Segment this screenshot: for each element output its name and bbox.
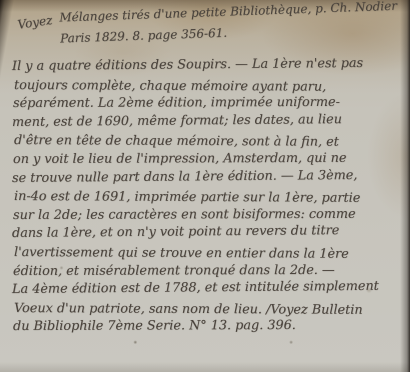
handwritten-line: ment, est de 1690, même format; les date… <box>12 110 404 132</box>
heading-voyez-label: Voyez <box>16 10 54 36</box>
handwritten-line: du Bibliophile 7ème Serie. N° 13. pag. 3… <box>13 317 404 337</box>
handwritten-line: La 4ème édition est de 1788, et est inti… <box>12 278 404 300</box>
heading-citation: Mélanges tirés d'une petite Bibliothèque… <box>59 0 401 50</box>
manuscript-page: Voyez Mélanges tirés d'une petite Biblio… <box>0 0 410 372</box>
handwritten-line: dans la 1ère, et on n'y voit point au re… <box>12 222 404 244</box>
heading-note: Voyez Mélanges tirés d'une petite Biblio… <box>17 0 401 51</box>
handwritten-line: se trouve nulle part dans la 1ère éditio… <box>12 166 404 188</box>
handwritten-line: Il y a quatre éditions des Soupirs. — La… <box>12 55 404 77</box>
manuscript-body: Il y a quatre éditions des Soupirs. — La… <box>12 58 404 337</box>
